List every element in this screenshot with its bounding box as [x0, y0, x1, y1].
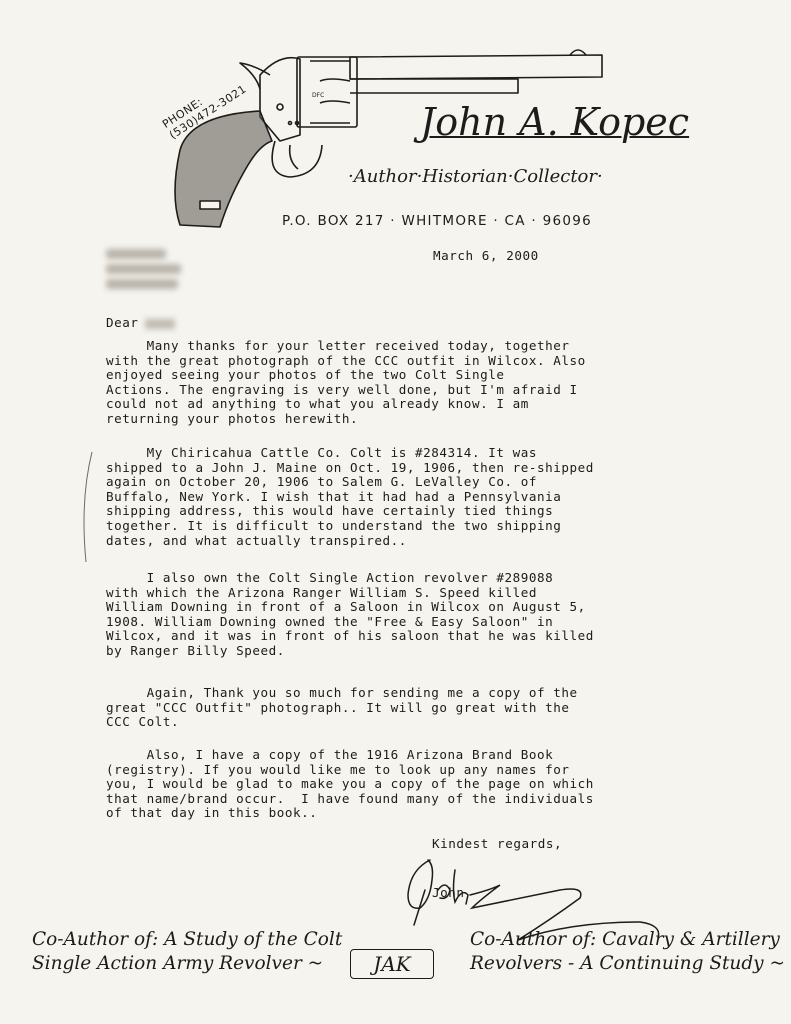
closing: Kindest regards,	[432, 836, 562, 851]
footer-left-line2: Single Action Army Revolver ~	[32, 952, 342, 976]
author-name: John A. Kopec	[420, 100, 689, 144]
salutation-text: Dear	[106, 315, 139, 330]
footer-book-credit-left: Co-Author of: A Study of the Colt Single…	[32, 928, 342, 976]
salutation: Dear	[106, 315, 175, 330]
footer-left-line1: Co-Author of: A Study of the Colt	[32, 928, 342, 952]
footer-right-line1: Co-Author of: Cavalry & Artillery	[470, 928, 785, 952]
author-tagline: ·Author·Historian·Collector·	[348, 166, 603, 187]
recipient-address-redacted	[106, 249, 181, 297]
paragraph-2: My Chiricahua Cattle Co. Colt is #284314…	[106, 446, 594, 548]
svg-text:DFC: DFC	[312, 92, 324, 99]
footer-right-line2: Revolvers - A Continuing Study ~	[470, 952, 785, 976]
letter-date: March 6, 2000	[433, 248, 539, 263]
paragraph-1: Many thanks for your letter received tod…	[106, 339, 586, 427]
paragraph-4: Again, Thank you so much for sending me …	[106, 686, 578, 730]
margin-bracket-mark	[78, 450, 98, 565]
mailing-address: P.O. BOX 217 · WHITMORE · CA · 96096	[282, 213, 592, 229]
paragraph-3: I also own the Colt Single Action revolv…	[106, 571, 594, 659]
footer-book-credit-right: Co-Author of: Cavalry & Artillery Revolv…	[470, 928, 785, 976]
paragraph-5: Also, I have a copy of the 1916 Arizona …	[106, 748, 594, 821]
recipient-name-redacted	[145, 319, 175, 329]
monogram-jak: JAK	[350, 949, 434, 979]
